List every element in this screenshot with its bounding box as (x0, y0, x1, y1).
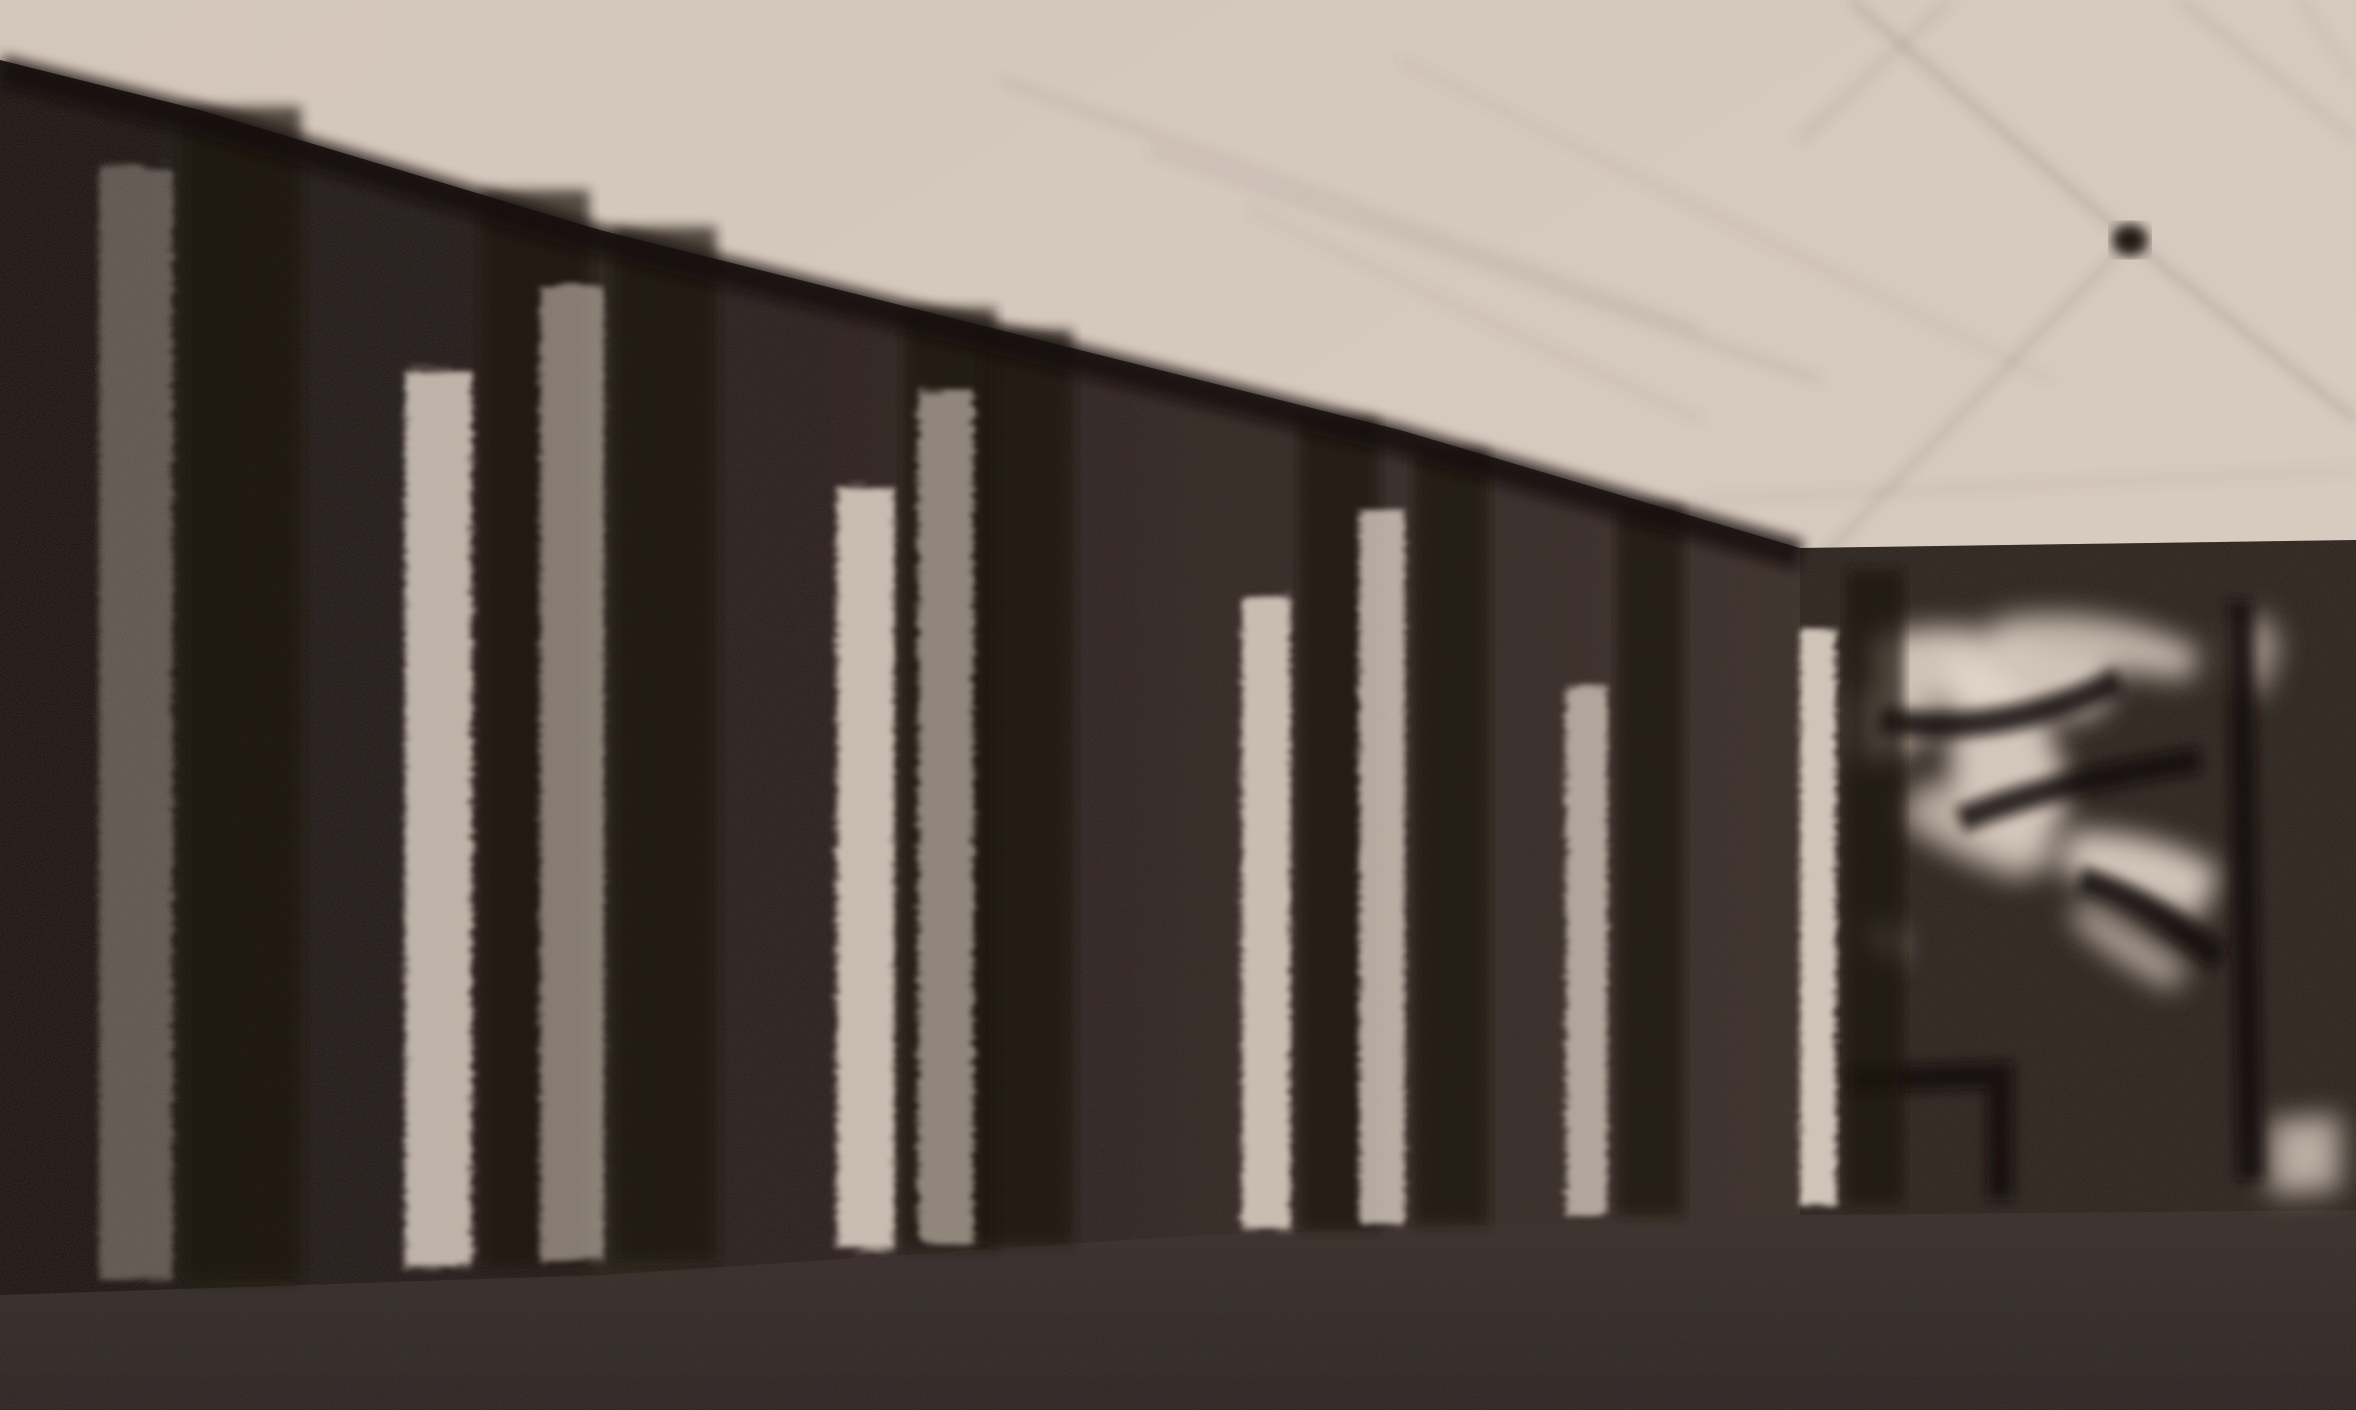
column-8-highlight (1566, 686, 1607, 1215)
column-5-highlight (918, 390, 974, 1244)
column-8-pilaster (1617, 506, 1683, 1215)
column-2-highlight (405, 370, 472, 1267)
column-9-pilaster (1846, 570, 1904, 1205)
column-7-highlight (1359, 510, 1405, 1225)
vanishing-point-mark (2112, 224, 2148, 256)
column-7-pilaster (1415, 450, 1488, 1225)
column-1-highlight (99, 167, 173, 1281)
column-3-pilaster (614, 227, 716, 1261)
column-3-highlight (540, 287, 604, 1261)
column-5-pilaster (984, 330, 1073, 1244)
column-1-pilaster (183, 107, 301, 1281)
column-4-highlight (837, 488, 894, 1248)
column-6-highlight (1242, 598, 1290, 1230)
column-9-highlight (1800, 630, 1836, 1205)
charcoal-interior-drawing (0, 0, 2356, 1410)
